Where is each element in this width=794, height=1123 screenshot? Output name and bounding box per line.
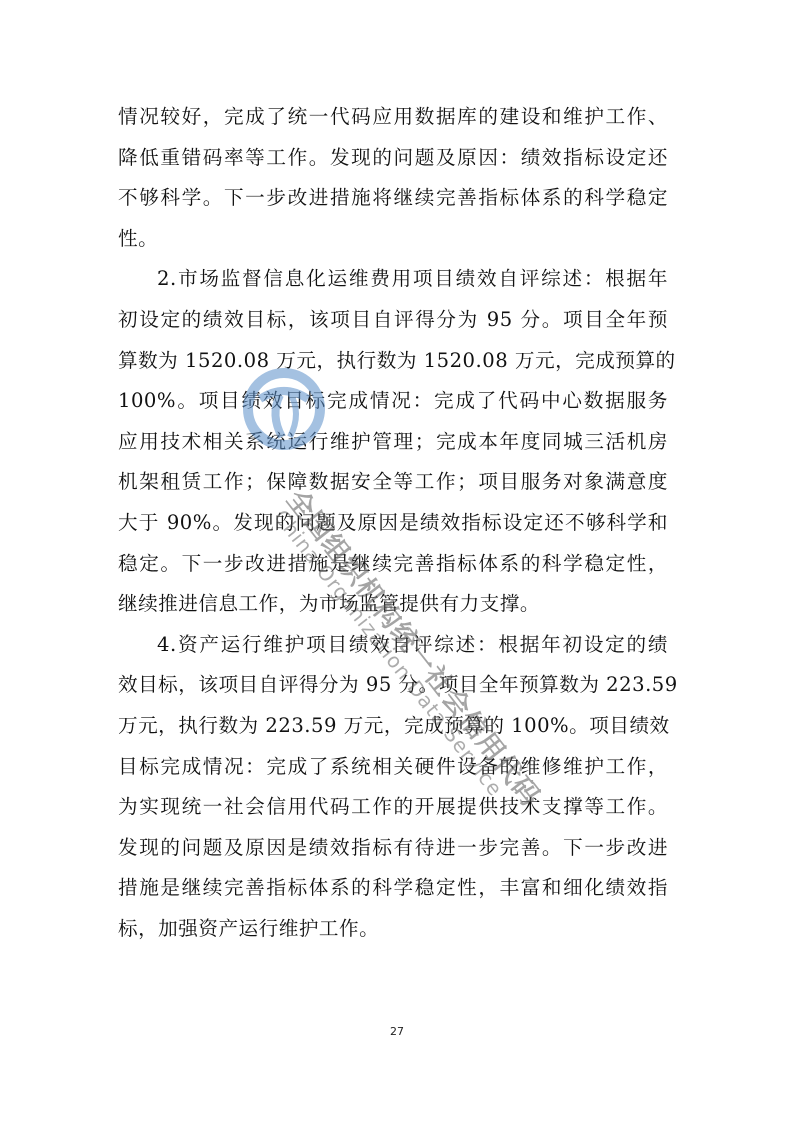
text-line: 降低重错码率等工作。发现的问题及原因：绩效指标设定还 <box>118 138 668 179</box>
text-line: 万元，执行数为 223.59 万元，完成预算的 100%。项目绩效 <box>118 706 668 747</box>
text-line: 不够科学。下一步改进措施将继续完善指标体系的科学稳定 <box>118 178 668 219</box>
text-line: 算数为 1520.08 万元，执行数为 1520.08 万元，完成预算的 <box>118 341 668 382</box>
text-line: 发现的问题及原因是绩效指标有待进一步完善。下一步改进 <box>118 828 668 869</box>
page-number: 27 <box>0 1025 794 1038</box>
document-body: 情况较好，完成了统一代码应用数据库的建设和维护工作、 降低重错码率等工作。发现的… <box>118 97 668 949</box>
text-line: 应用技术相关系统运行维护管理；完成本年度同城三活机房 <box>118 422 668 463</box>
text-line: 机架租赁工作；保障数据安全等工作；项目服务对象满意度 <box>118 462 668 503</box>
text-line: 4.资产运行维护项目绩效自评综述：根据年初设定的绩 <box>118 625 668 666</box>
text-line: 稳定。下一步改进措施是继续完善指标体系的科学稳定性， <box>118 544 668 585</box>
document-page: 情况较好，完成了统一代码应用数据库的建设和维护工作、 降低重错码率等工作。发现的… <box>0 0 794 1123</box>
paragraph-item-4: 4.资产运行维护项目绩效自评综述：根据年初设定的绩 效目标，该项目自评得分为 9… <box>118 625 668 950</box>
text-line: 2.市场监督信息化运维费用项目绩效自评综述：根据年 <box>118 259 668 300</box>
text-line: 初设定的绩效目标，该项目自评得分为 95 分。项目全年预 <box>118 300 668 341</box>
text-line: 继续推进信息工作，为市场监管提供有力支撑。 <box>118 584 668 625</box>
text-line: 效目标，该项目自评得分为 95 分。项目全年预算数为 223.59 <box>118 665 668 706</box>
text-line: 性。 <box>118 219 668 260</box>
text-line: 目标完成情况：完成了系统相关硬件设备的维修维护工作， <box>118 747 668 788</box>
paragraph-item-2: 2.市场监督信息化运维费用项目绩效自评综述：根据年 初设定的绩效目标，该项目自评… <box>118 259 668 624</box>
text-line: 标，加强资产运行维护工作。 <box>118 909 668 950</box>
text-line: 措施是继续完善指标体系的科学稳定性，丰富和细化绩效指 <box>118 868 668 909</box>
text-line: 100%。项目绩效目标完成情况：完成了代码中心数据服务 <box>118 381 668 422</box>
text-line: 大于 90%。发现的问题及原因是绩效指标设定还不够科学和 <box>118 503 668 544</box>
text-line: 情况较好，完成了统一代码应用数据库的建设和维护工作、 <box>118 97 668 138</box>
text-line: 为实现统一社会信用代码工作的开展提供技术支撑等工作。 <box>118 787 668 828</box>
paragraph-continued: 情况较好，完成了统一代码应用数据库的建设和维护工作、 降低重错码率等工作。发现的… <box>118 97 668 259</box>
